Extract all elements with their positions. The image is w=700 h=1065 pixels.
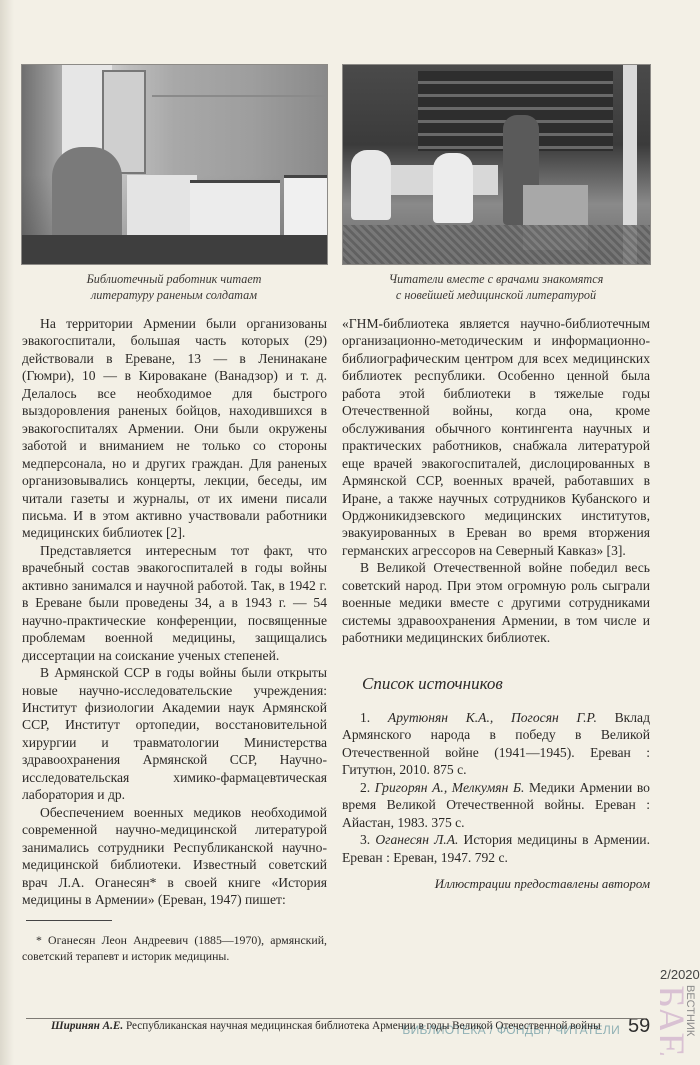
caption-line: с новейшей медицинской литературой — [342, 287, 650, 303]
footnote-divider — [26, 920, 112, 921]
running-head-title: Республиканская научная медицинская библ… — [126, 1020, 601, 1032]
running-head-author: Ширинян А.Е. — [51, 1020, 123, 1032]
reader-shape — [351, 150, 391, 220]
paragraph: В Великой Отечественной войне победил ве… — [342, 559, 650, 646]
figure-library-photo — [342, 64, 651, 265]
right-text-column: «ГНМ-библиотека является научно-библиоте… — [342, 315, 650, 647]
left-text-column: На территории Армении были организованы … — [22, 315, 327, 908]
journal-logo: БАЕ ВЕСТНИК — [660, 985, 700, 1065]
issue-number: 2/2020 — [660, 967, 700, 982]
paragraph: Обеспечением военных медиков необходимой… — [22, 804, 327, 909]
figure-hospital-photo — [21, 64, 328, 265]
paragraph: На территории Армении были организованы … — [22, 315, 327, 542]
floor-shape — [22, 235, 327, 264]
page-gutter-shadow — [0, 0, 14, 1065]
caption-line: Библиотечный работник читает — [21, 271, 327, 287]
caption-line: Читатели вместе с врачами знакомятся — [342, 271, 650, 287]
figure-1-caption: Библиотечный работник читает литературу … — [21, 271, 327, 303]
caption-line: литературу раненым солдатам — [21, 287, 327, 303]
bed-1-shape — [127, 175, 197, 235]
journal-word: ВЕСТНИК — [684, 985, 696, 1036]
references-list: 1. Арутюнян К.А., Погосян Г.Р. Вклад Арм… — [342, 709, 650, 866]
reference-item: 2. Григорян А., Мелкумян Б. Медики Армен… — [342, 779, 650, 831]
floor-shape — [343, 225, 650, 264]
paragraph: «ГНМ-библиотека является научно-библиоте… — [342, 315, 650, 559]
reference-item: 3. Оганесян Л.А. История медицины в Арме… — [342, 831, 650, 866]
reference-authors: Григорян А., Мелкумян Б. — [375, 780, 525, 795]
figure-2-caption: Читатели вместе с врачами знакомятся с н… — [342, 271, 650, 303]
reader-shape — [433, 153, 473, 223]
illustration-credits: Иллюстрации предоставлены автором — [435, 877, 650, 892]
reference-number: 2. — [360, 780, 370, 795]
paragraph: Представляется интересным тот факт, что … — [22, 542, 327, 664]
reference-item: 1. Арутюнян К.А., Погосян Г.Р. Вклад Арм… — [342, 709, 650, 779]
wall-stripe-shape — [152, 95, 327, 97]
reference-authors: Оганесян Л.А. — [375, 832, 458, 847]
running-head: Ширинян А.Е. Республиканская научная мед… — [51, 1020, 601, 1032]
paragraph: В Армянской ССР в годы войны были открыт… — [22, 664, 327, 804]
footnote: * Оганесян Леон Андреевич (1885—1970), а… — [22, 933, 327, 964]
footer-divider — [26, 1018, 647, 1019]
references-heading: Список источников — [362, 674, 503, 694]
reference-authors: Арутюнян К.А., Погосян Г.Р. — [388, 710, 597, 725]
reference-number: 1. — [360, 710, 370, 725]
reference-number: 3. — [360, 832, 370, 847]
